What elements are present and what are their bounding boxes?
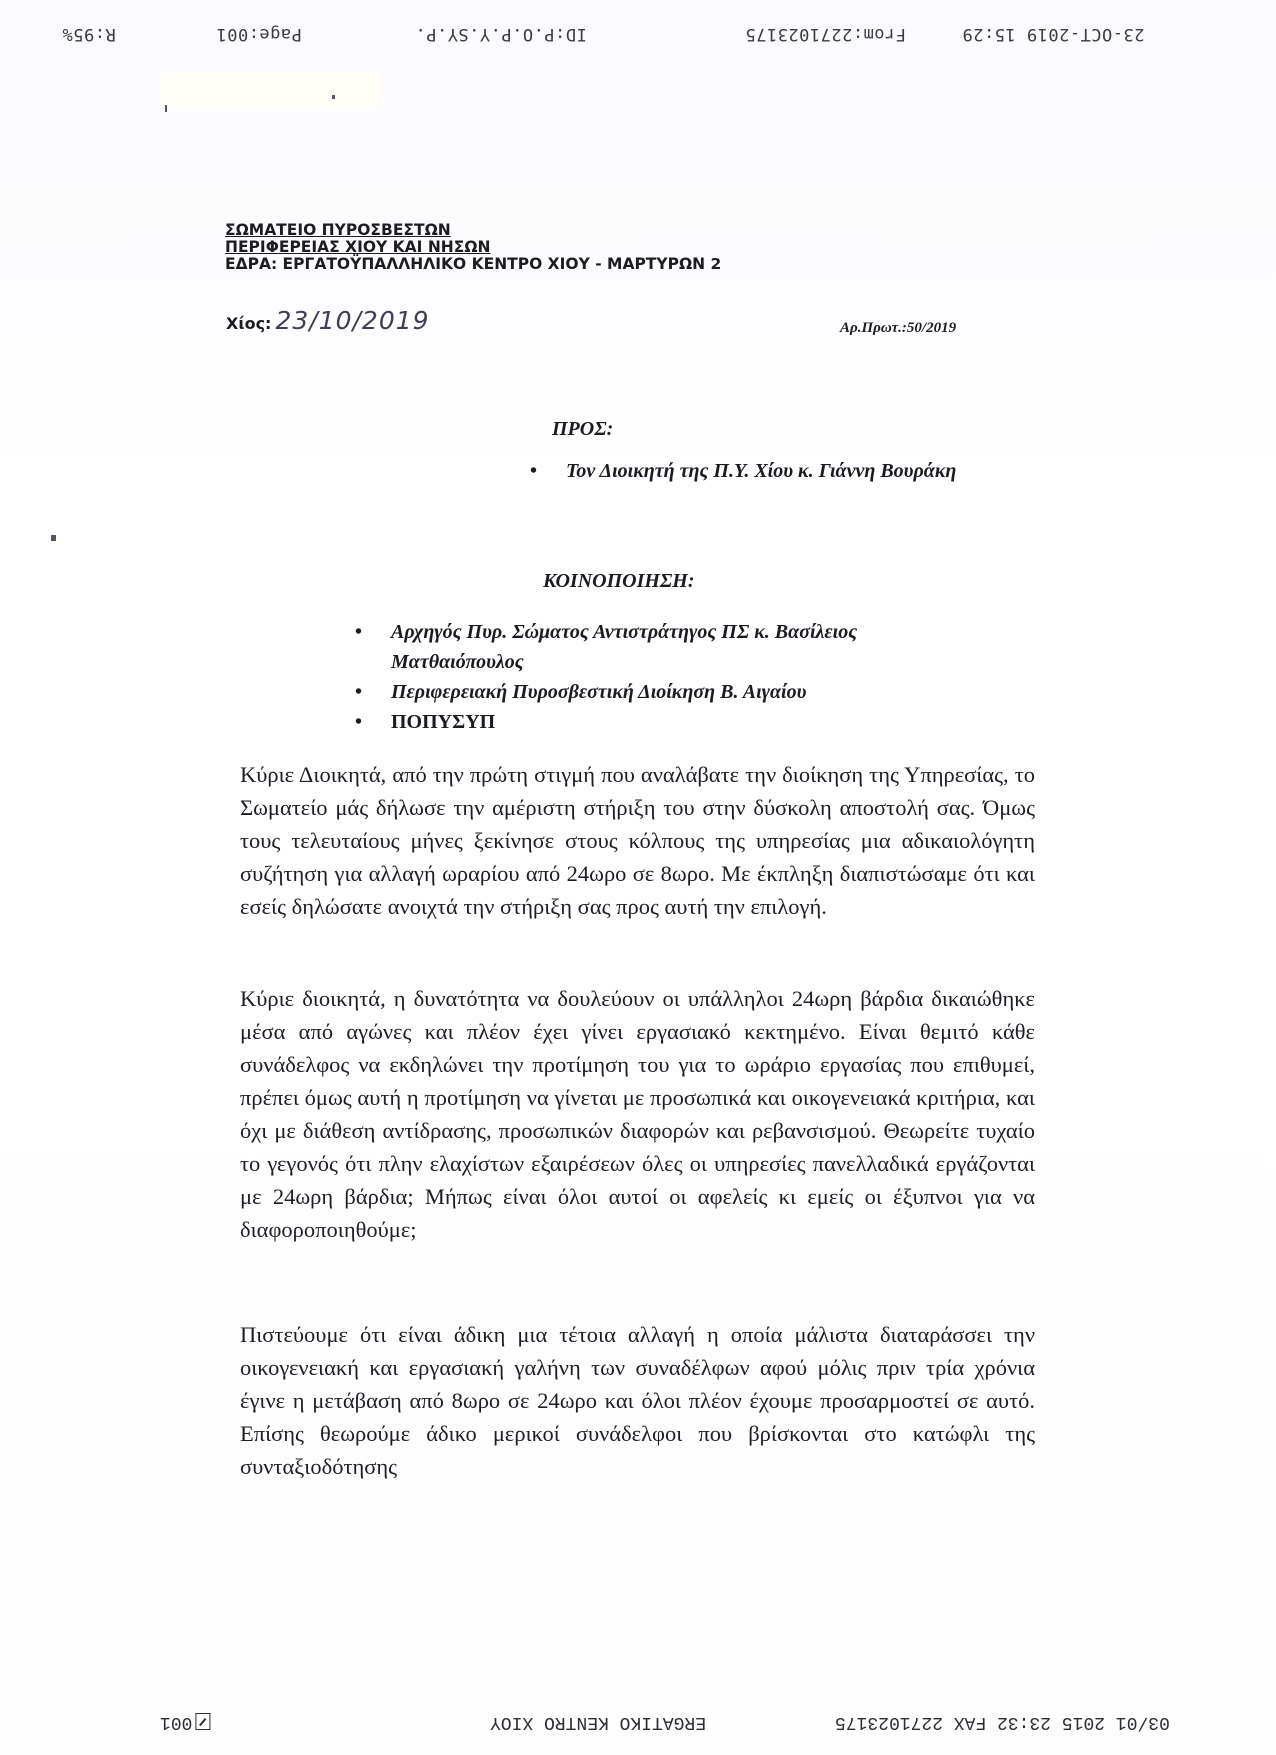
notification-item: Περιφερειακή Πυροσβεστική Διοίκηση Β. Αι… [355,677,975,707]
paper-patch [160,72,380,107]
letterhead-region: ΠΕΡΙΦΕΡΕΙΑΣ ΧΙΟΥ ΚΑΙ ΝΗΣΩΝ [225,239,721,256]
fax-top-timestamp: 23-OCT-2019 15:29 [962,24,1145,44]
recipient-item: Τον Διοικητή της Π.Υ. Χίου κ. Γιάννη Βου… [530,460,956,483]
body-paragraph: Κύριε διοικητά, η δυνατότητα να δουλεύου… [240,982,1035,1246]
fax-top-id: ID:P.O.P.Y.SY.P. [415,24,587,44]
fax-bottom-timestamp: 03/01 2015 23:32 FAX 2271023175 [835,1712,1170,1732]
date-row: Χίος: 23/10/2019 [226,306,430,335]
body-paragraph: Κύριε Διοικητά, από την πρώτη στιγμή που… [240,758,1035,923]
notification-title: ΚΟΙΝΟΠΟΙΗΣΗ: [543,570,695,593]
fax-top-page: Page:001 [216,24,302,44]
letterhead-union-name: ΣΩΜΑΤΕΙΟ ΠΥΡΟΣΒΕΣΤΩΝ [225,222,721,239]
body-paragraph: Πιστεύουμε ότι είναι άδικη μια τέτοια αλ… [240,1318,1035,1483]
scan-speck [332,95,335,99]
date-label: Χίος: [226,314,271,333]
recipients-title: ΠΡΟΣ: [552,418,613,441]
protocol-number: Αρ.Πρωτ.:50/2019 [840,320,956,337]
notification-item: Αρχηγός Πυρ. Σώματος Αντιστράτηγος ΠΣ κ.… [355,617,975,677]
letterhead-address: ΕΔΡΑ: ΕΡΓΑΤΟΫΠΑΛΛΗΛΙΚΟ ΚΕΝΤΡΟ ΧΙΟΥ - ΜΑΡ… [225,256,721,273]
scan-speck [165,105,167,112]
fax-bottom-sender: ERGATIKO KENTRO XIOY [490,1712,706,1732]
fax-page-icon [195,1714,210,1731]
fax-bottom-page: 001 [160,1712,210,1732]
handwritten-date: 23/10/2019 [275,306,429,335]
notification-list: Αρχηγός Πυρ. Σώματος Αντιστράτηγος ΠΣ κ.… [355,617,975,737]
scanned-page: 23-OCT-2019 15:29 From:2271023175 ID:P.O… [0,0,1276,1755]
recipients-list: Τον Διοικητή της Π.Υ. Χίου κ. Γιάννη Βου… [530,460,956,483]
fax-top-resolution: R:95% [62,24,116,44]
scan-speck [51,535,56,541]
fax-top-from: From:2271023175 [745,24,906,44]
notification-item: ΠΟΠΥΣΥΠ [355,707,975,737]
letterhead: ΣΩΜΑΤΕΙΟ ΠΥΡΟΣΒΕΣΤΩΝ ΠΕΡΙΦΕΡΕΙΑΣ ΧΙΟΥ ΚΑ… [225,222,721,273]
